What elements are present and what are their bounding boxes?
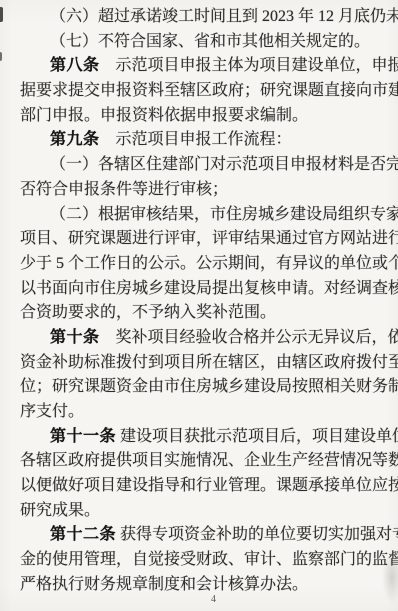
text-line: 第十二条 获得专项资金补助的单位要切实加强对专项资	[20, 523, 388, 548]
body-text-segment: 以便做好项目建设指导和行业管理。课题承接单位应按时提供	[20, 477, 398, 494]
body-text-segment: 以书面向市住房城乡建设局提出复核申请。对经调查核实不符	[20, 280, 398, 297]
body-text-segment: 据要求提交申报资料至辖区政府；研究课题直接向市建设主管	[20, 82, 398, 99]
text-line: （一）各辖区住建部门对示范项目申报材料是否完整、是	[20, 153, 388, 178]
scanned-document-page: （六）超过承诺竣工时间且到 2023 年 12 月底仍未竣工的；（七）不符合国家…	[0, 0, 398, 611]
text-line: 第九条 示范项目申报工作流程：	[20, 128, 388, 153]
body-text-segment: 部门申报。申报资料依据申报要求编制。	[20, 107, 308, 124]
body-text-segment: 示范项目申报主体为项目建设单位，申报单位根	[100, 57, 398, 74]
text-line: 资金补助标准拨付到项目所在辖区，由辖区政府拨付至申报单	[20, 351, 388, 376]
body-text-segment: 项目、研究课题进行评审，评审结果通过官方网站进行为期不	[20, 230, 398, 247]
body-text-segment: 研究成果。	[20, 502, 100, 519]
text-line: 序支付。	[20, 400, 388, 425]
scan-artifact-mark	[0, 7, 3, 22]
article-number: 第九条	[50, 131, 100, 148]
document-body-text: （六）超过承诺竣工时间且到 2023 年 12 月底仍未竣工的；（七）不符合国家…	[20, 5, 388, 598]
text-line: 据要求提交申报资料至辖区政府；研究课题直接向市建设主管	[20, 79, 388, 104]
text-line: 否符合申报条件等进行审核；	[20, 178, 388, 203]
text-line: 合资助要求的，不予纳入奖补范围。	[20, 301, 388, 326]
page-number: 4	[211, 595, 216, 605]
text-line: 第十条 奖补项目经验收合格并公示无异议后，依据专项	[20, 326, 388, 351]
text-line: 项目、研究课题进行评审，评审结果通过官方网站进行为期不	[20, 227, 388, 252]
text-line: 第十一条 建设项目获批示范项目后，项目建设单位应配合	[20, 425, 388, 450]
body-text-segment: 获得专项资金补助的单位要切实加强对专项资	[116, 526, 398, 543]
body-text-segment: 合资助要求的，不予纳入奖补范围。	[20, 304, 276, 321]
text-line: 严格执行财务规章制度和会计核算办法。	[20, 573, 388, 598]
body-text-segment: 资金补助标准拨付到项目所在辖区，由辖区政府拨付至申报单	[20, 354, 398, 371]
text-line: （二）根据审核结果，市住房城乡建设局组织专家对示范	[20, 203, 388, 228]
body-text-segment: （七）不符合国家、省和市其他相关规定的。	[50, 33, 370, 50]
text-line: 部门申报。申报资料依据申报要求编制。	[20, 104, 388, 129]
text-line: （六）超过承诺竣工时间且到 2023 年 12 月底仍未竣工的；	[20, 5, 388, 30]
text-line: 金的使用管理，自觉接受财政、审计、监察部门的监督检查，	[20, 548, 388, 573]
text-line: 第八条 示范项目申报主体为项目建设单位，申报单位根	[20, 54, 388, 79]
article-number: 第十条	[50, 329, 100, 346]
body-text-segment: 严格执行财务规章制度和会计核算办法。	[20, 576, 308, 593]
body-text-segment: 各辖区政府提供项目实施情况、企业生产经营情况等数据信息，	[20, 452, 398, 469]
article-number: 第十一条	[50, 428, 116, 445]
body-text-segment: （二）根据审核结果，市住房城乡建设局组织专家对示范	[50, 206, 398, 223]
body-text-segment: （六）超过承诺竣工时间且到 2023 年 12 月底仍未竣工的；	[50, 8, 398, 25]
text-line: 少于 5 个工作日的公示。公示期间，有异议的单位或个人，可	[20, 252, 388, 277]
article-number: 第八条	[50, 57, 100, 74]
scan-artifact-mark	[0, 52, 2, 61]
text-line: 以书面向市住房城乡建设局提出复核申请。对经调查核实不符	[20, 277, 388, 302]
text-line: 以便做好项目建设指导和行业管理。课题承接单位应按时提供	[20, 474, 388, 499]
text-line: 各辖区政府提供项目实施情况、企业生产经营情况等数据信息，	[20, 449, 388, 474]
body-text-segment: （一）各辖区住建部门对示范项目申报材料是否完整、是	[50, 156, 398, 173]
body-text-segment: 序支付。	[20, 403, 84, 420]
body-text-segment: 少于 5 个工作日的公示。公示期间，有异议的单位或个人，可	[20, 255, 398, 272]
body-text-segment: 金的使用管理，自觉接受财政、审计、监察部门的监督检查，	[20, 551, 398, 568]
body-text-segment: 建设项目获批示范项目后，项目建设单位应配合	[116, 428, 398, 445]
text-line: （七）不符合国家、省和市其他相关规定的。	[20, 30, 388, 55]
body-text-segment: 奖补项目经验收合格并公示无异议后，依据专项	[100, 329, 398, 346]
text-line: 位；研究课题资金由市住房城乡建设局按照相关财务制度依程	[20, 375, 388, 400]
body-text-segment: 否符合申报条件等进行审核；	[20, 181, 228, 198]
body-text-segment: 位；研究课题资金由市住房城乡建设局按照相关财务制度依程	[20, 378, 398, 395]
text-line: 研究成果。	[20, 499, 388, 524]
article-number: 第十二条	[50, 526, 116, 543]
body-text-segment: 示范项目申报工作流程：	[100, 131, 292, 148]
